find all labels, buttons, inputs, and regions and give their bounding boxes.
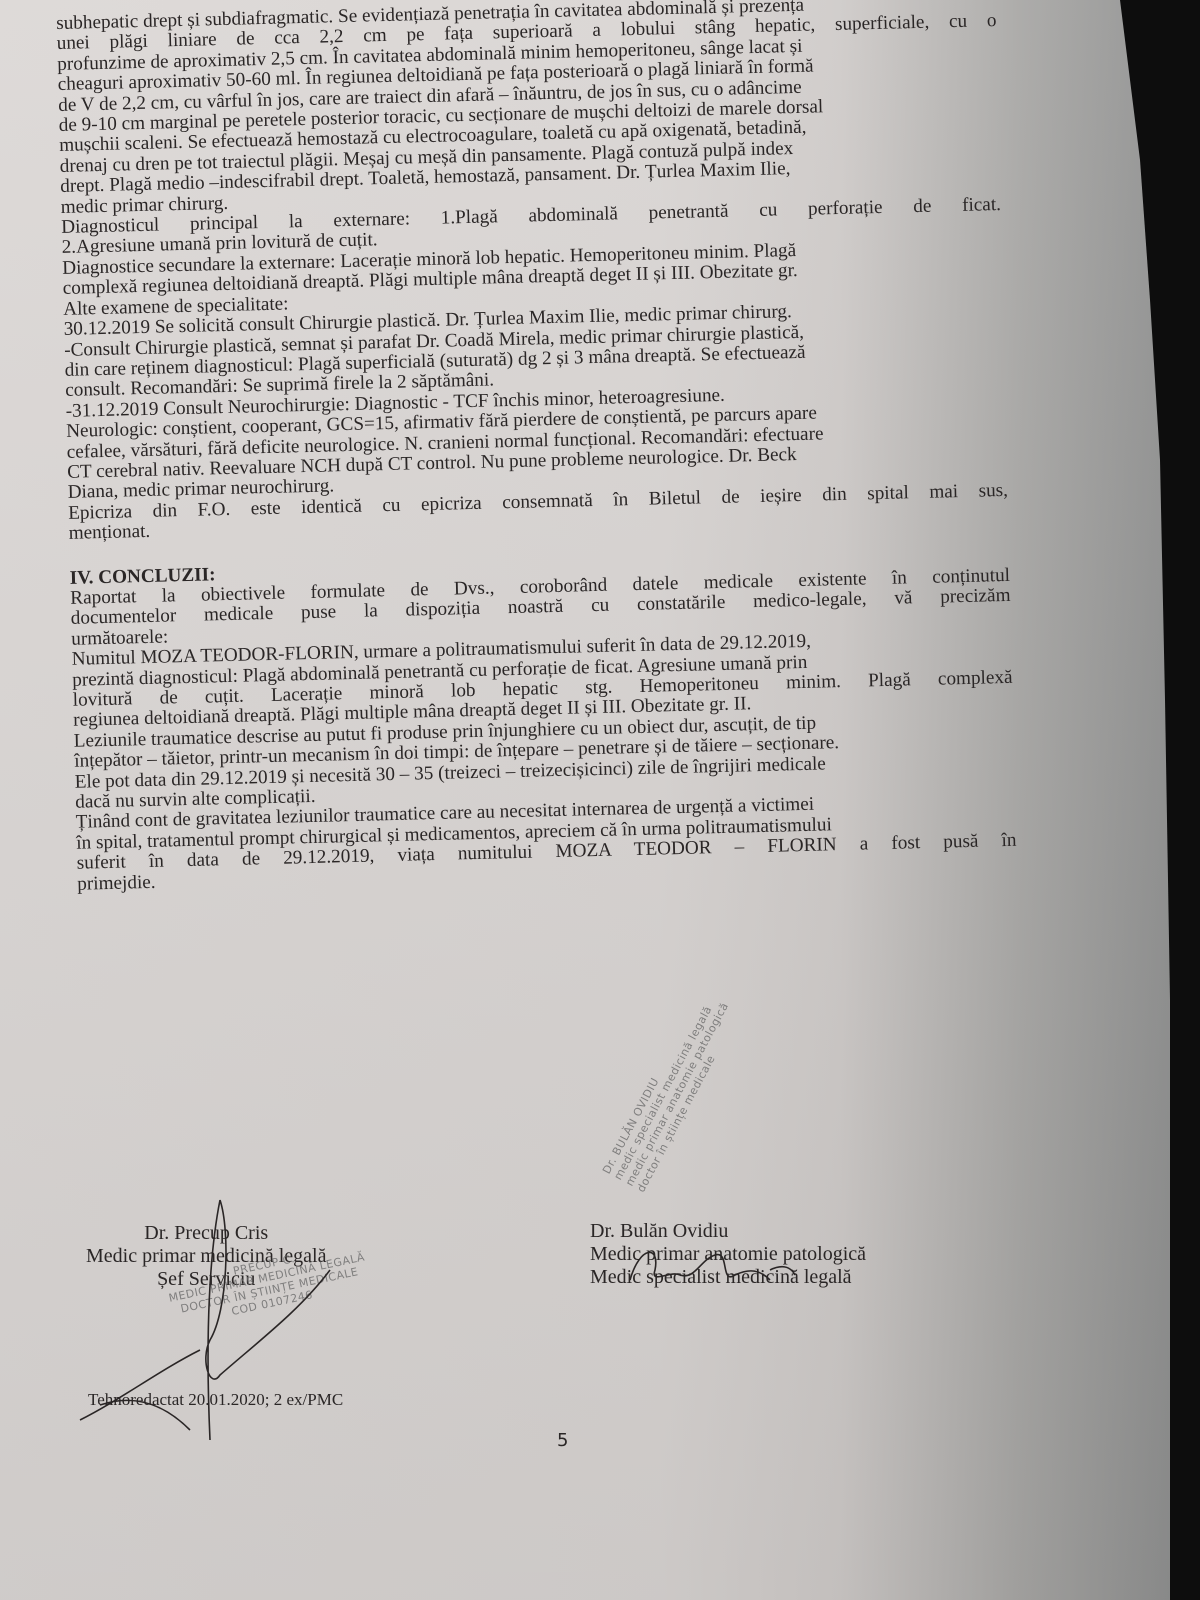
signer-name-right: Dr. Bulăn Ovidiu <box>590 1220 866 1243</box>
document-body: subhepatic drept și subdiafragmatic. Se … <box>56 0 1017 895</box>
signer-title-right: Medic primar anatomie patologică <box>590 1243 866 1266</box>
report-body-text: subhepatic drept și subdiafragmatic. Se … <box>56 0 1009 544</box>
page-number: 5 <box>557 1430 568 1451</box>
signer-name-left: Dr. Precup Cris <box>86 1222 326 1245</box>
conclusions-text: Raportat la obiectivele formulate de Dvs… <box>70 566 1017 895</box>
typist-note: Tehnoredactat 20.01.2020; 2 ex/PMC <box>88 1390 343 1410</box>
signer-role-right: Medic specialist medicină legală <box>590 1266 866 1289</box>
signature-block-right: Dr. Bulăn Ovidiu Medic primar anatomie p… <box>590 1220 866 1289</box>
